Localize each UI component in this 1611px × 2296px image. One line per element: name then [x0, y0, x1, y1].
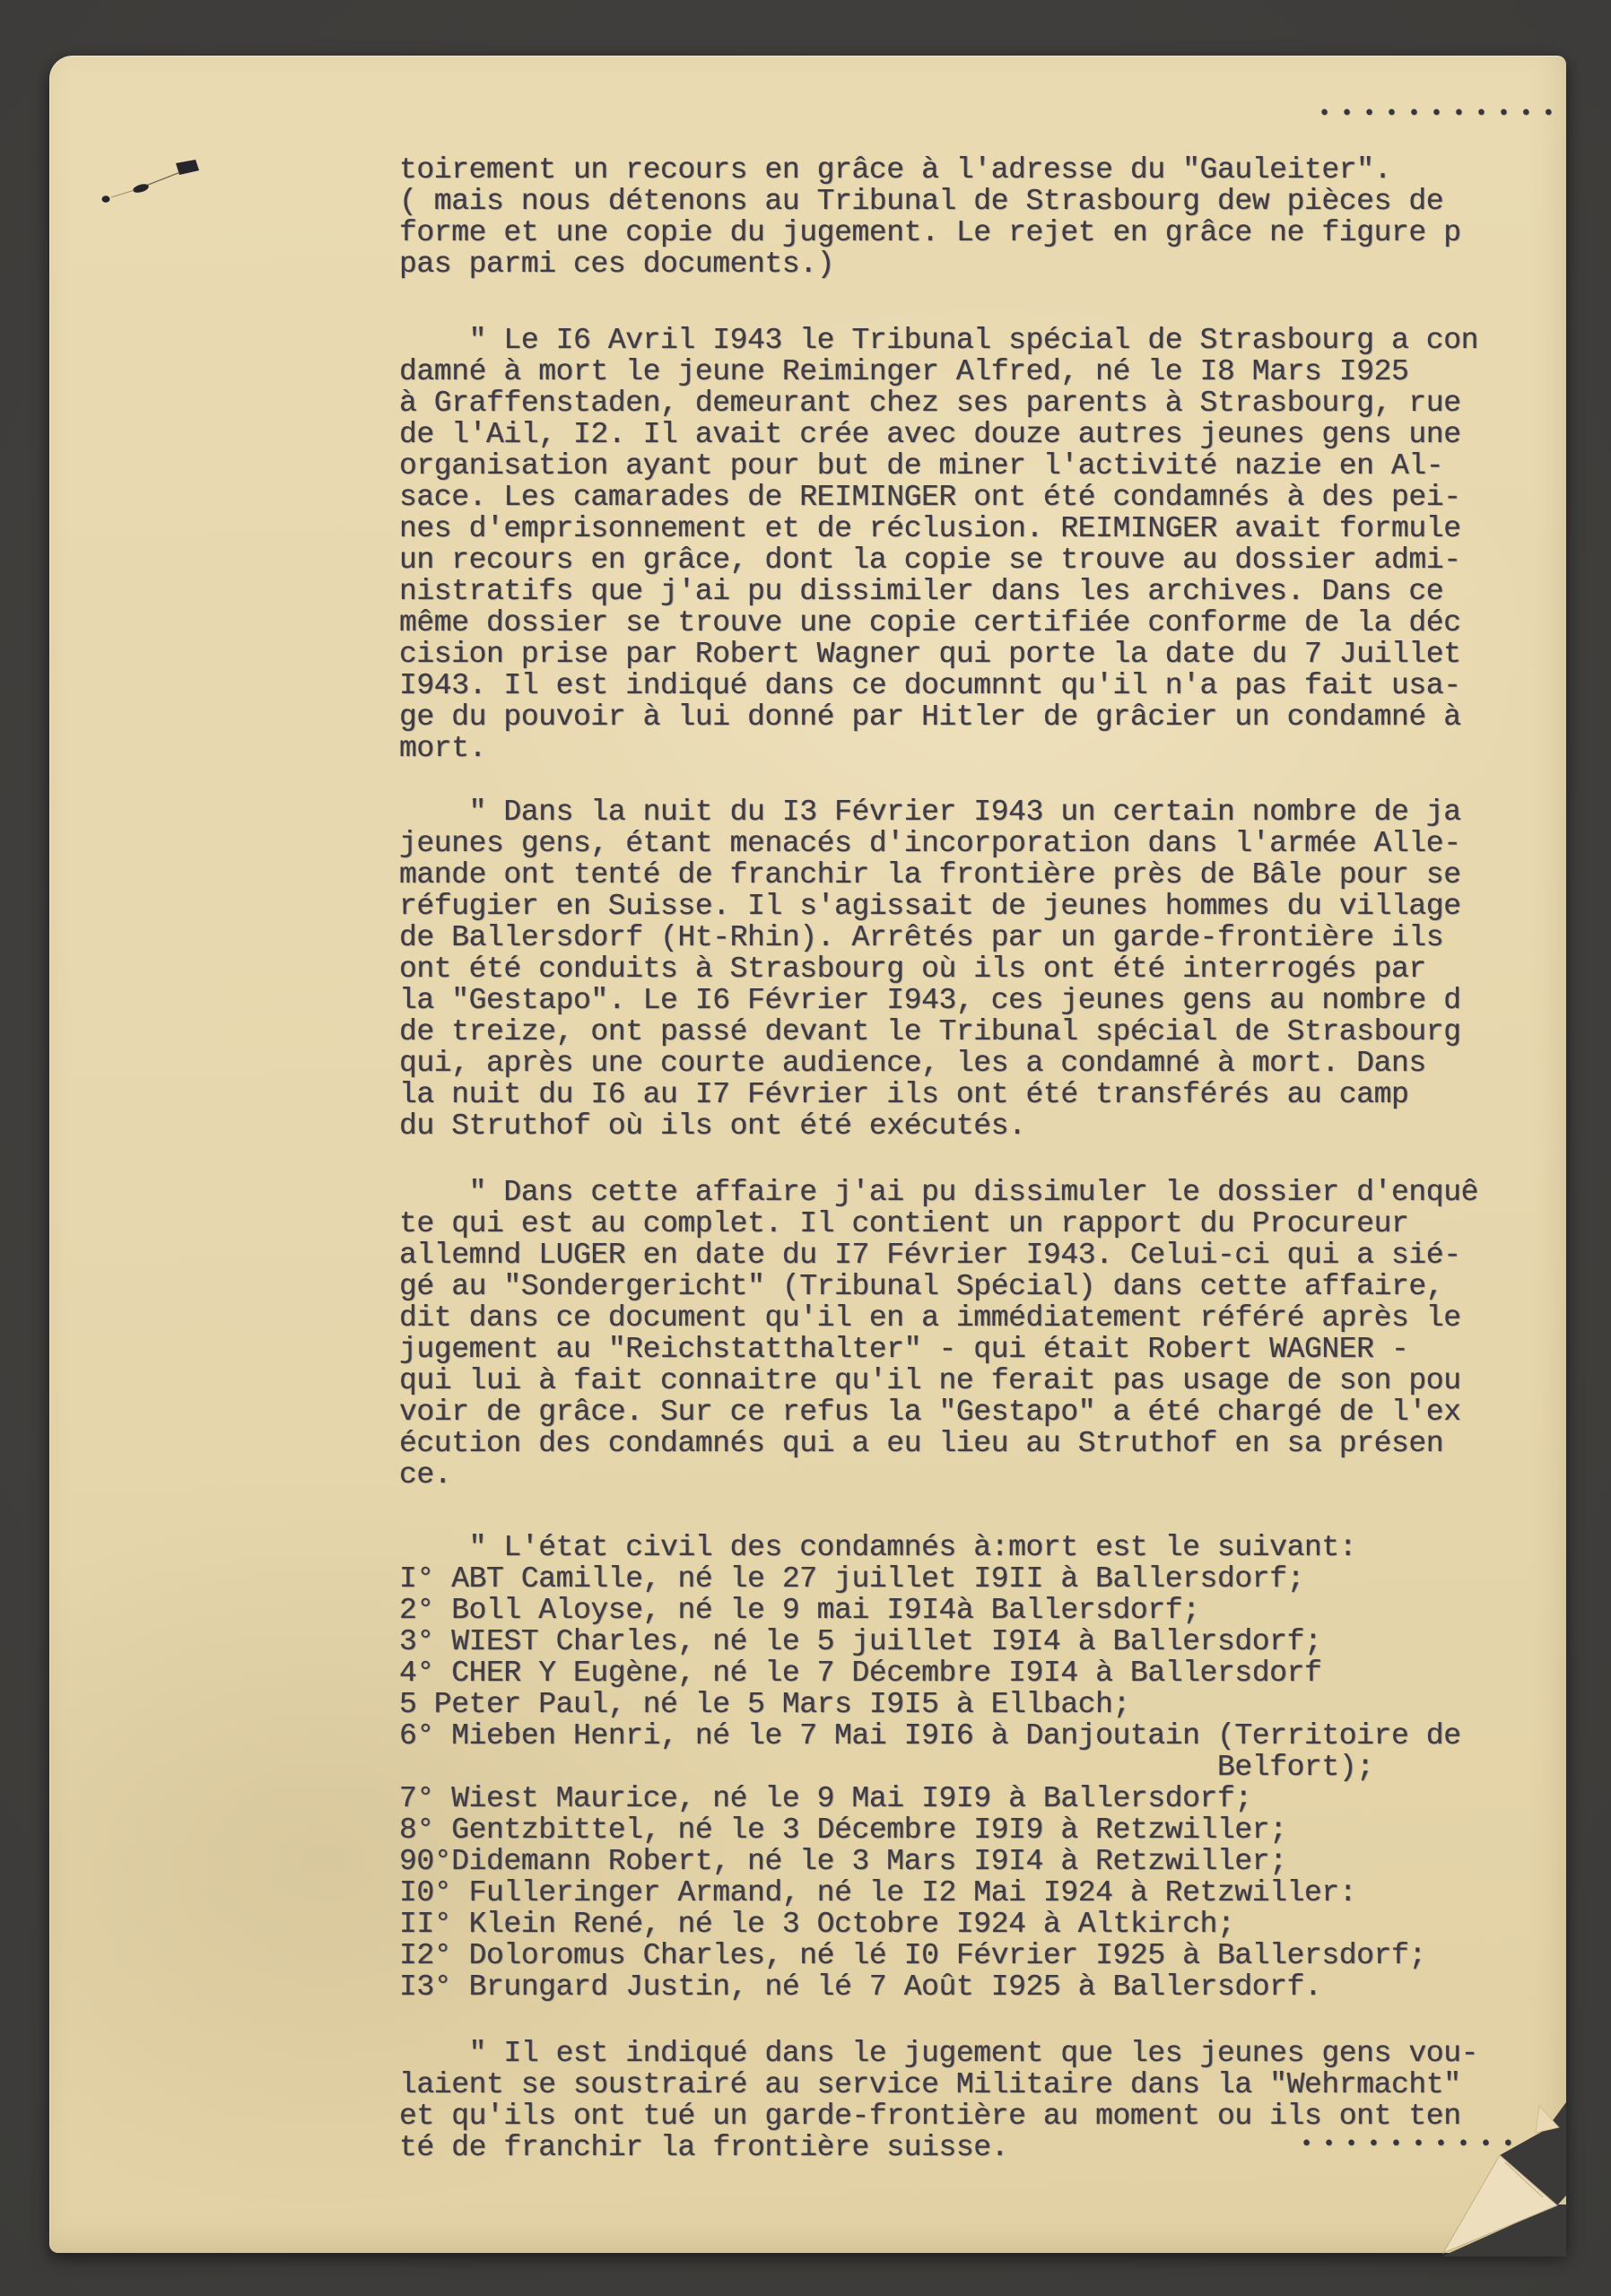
torn-corner — [1399, 2090, 1611, 2296]
paragraph-4: " Dans cette affaire j'ai pu dissimuler … — [399, 1177, 1478, 1491]
paragraph-5-list: " L'état civil des condamnés à:mort est … — [399, 1532, 1461, 2003]
paragraph-1: toirement un recours en grâce à l'adress… — [399, 154, 1461, 280]
scanner-background: ••••••••••• toirement un recours en grâc… — [0, 0, 1611, 2296]
paragraph-3: " Dans la nuit du I3 Février I943 un cer… — [399, 796, 1461, 1142]
screenshot-root: { "page": { "background_color": "#3b3a38… — [0, 0, 1611, 2296]
typed-dots-top: ••••••••••• — [1319, 104, 1565, 124]
ink-scratch-mark — [90, 151, 215, 213]
document-page: ••••••••••• toirement un recours en grâc… — [49, 56, 1566, 2253]
paragraph-2: " Le I6 Avril I943 le Tribunal spécial d… — [399, 325, 1478, 764]
